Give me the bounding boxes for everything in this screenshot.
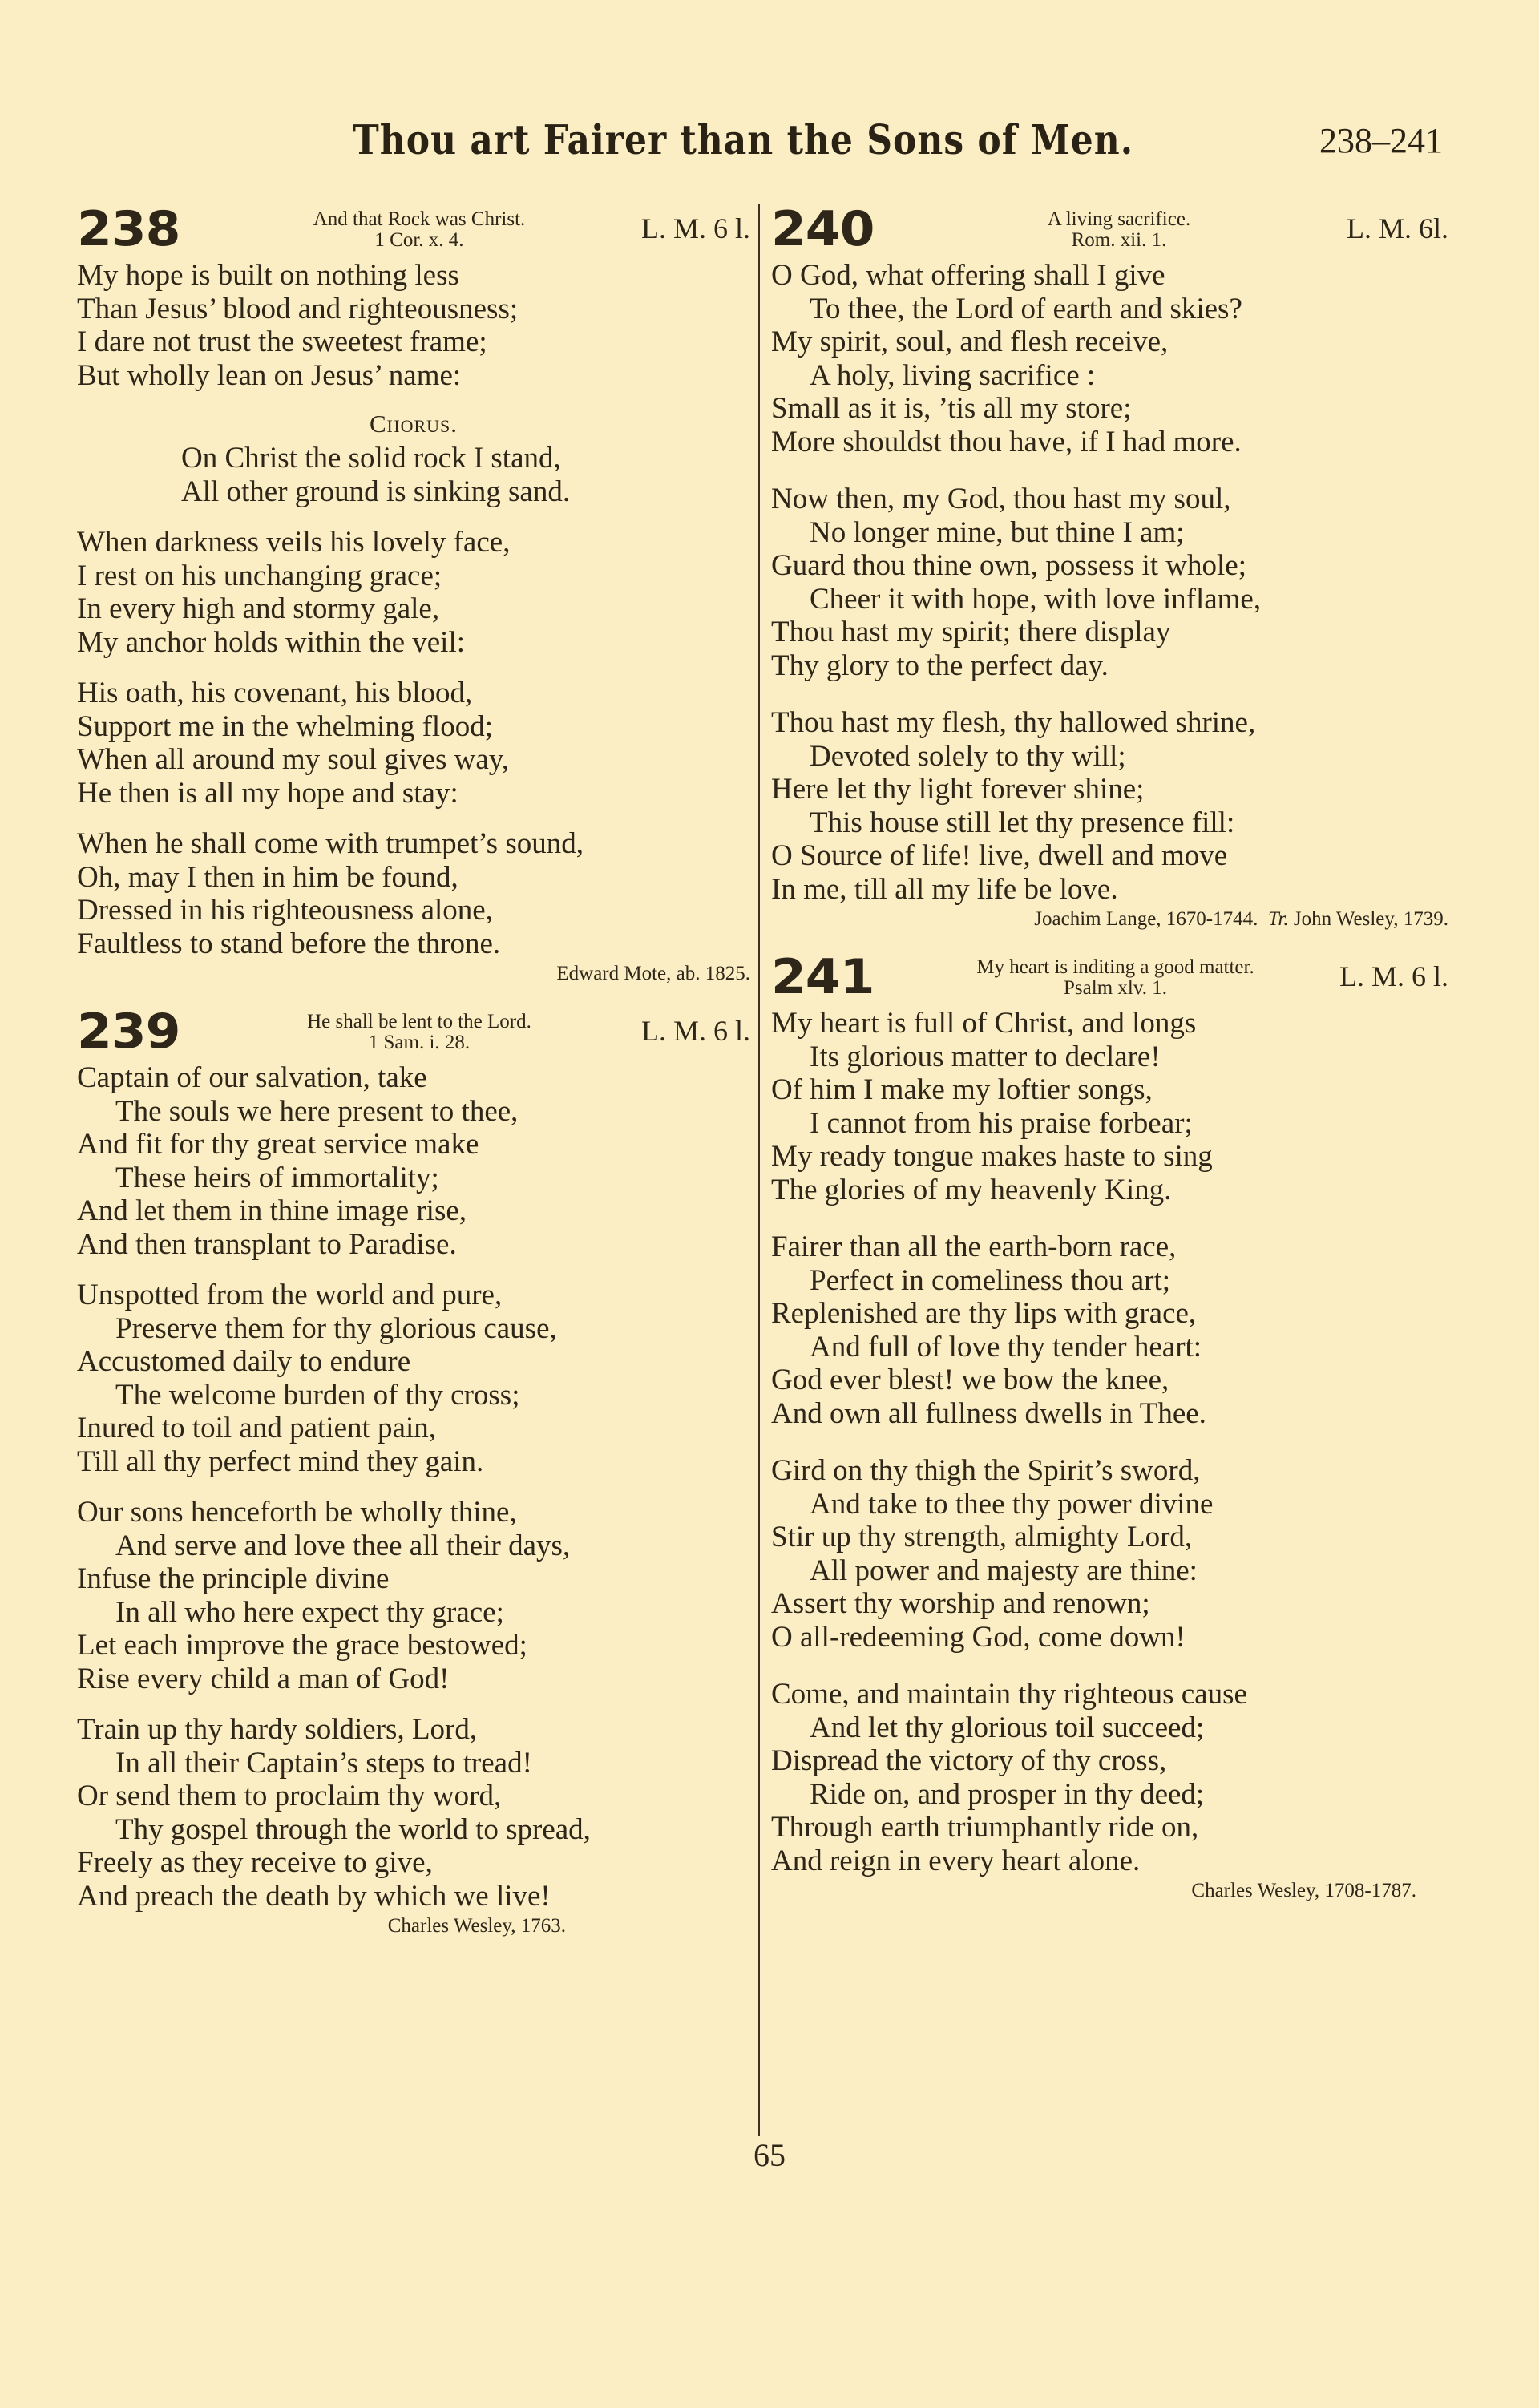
verse-line: Gird on thy thigh the Spirit’s sword, — [771, 1454, 1448, 1488]
verse-line: But wholly lean on Jesus’ name: — [77, 359, 750, 393]
verse-line: Thy gospel through the world to spread, — [77, 1813, 750, 1847]
verse-line: Now then, my God, thou hast my soul, — [771, 483, 1448, 516]
verse-line: Or send them to proclaim thy word, — [77, 1780, 750, 1813]
verse-line: I dare not trust the sweetest frame; — [77, 325, 750, 359]
left-column: 238 And that Rock was Christ. 1 Cor. x. … — [77, 204, 750, 1959]
verse-line: Till all thy perfect mind they gain. — [77, 1445, 750, 1479]
verse-line: I rest on his unchanging grace; — [77, 560, 750, 593]
verse-line: When he shall come with trumpet’s sound, — [77, 827, 750, 861]
verse-line: And let them in thine image rise, — [77, 1194, 750, 1228]
hymn-header: 241 My heart is inditing a good matter. … — [771, 952, 1448, 1002]
theme-text: He shall be lent to the Lord. — [307, 1011, 531, 1032]
verse-line: Accustomed daily to endure — [77, 1345, 750, 1379]
stanza: Gird on thy thigh the Spirit’s sword, An… — [771, 1454, 1448, 1654]
verse-line: Assert thy worship and renown; — [771, 1587, 1448, 1621]
hymn-theme: And that Rock was Christ. 1 Cor. x. 4. — [197, 204, 641, 251]
hymn-theme: My heart is inditing a good matter. Psal… — [891, 952, 1339, 999]
hymn-meter: L. M. 6 l. — [1339, 952, 1448, 992]
verse-line: These heirs of immortality; — [77, 1162, 750, 1195]
verse-line: In every high and stormy gale, — [77, 592, 750, 626]
verse-line: Oh, may I then in him be found, — [77, 861, 750, 895]
stanza: When darkness veils his lovely face, I r… — [77, 526, 750, 659]
verse-line: Through earth triumphantly ride on, — [771, 1811, 1448, 1844]
stanza: His oath, his covenant, his blood, Suppo… — [77, 677, 750, 810]
verse-line: I cannot from his praise forbear; — [771, 1107, 1448, 1141]
verse-line: He then is all my hope and stay: — [77, 777, 750, 810]
hymn-number: 240 — [771, 204, 898, 254]
hymn-number: 241 — [771, 952, 898, 1002]
chorus-line: On Christ the solid rock I stand, — [77, 442, 750, 475]
hymn-239: 239 He shall be lent to the Lord. 1 Sam.… — [77, 1007, 750, 1938]
verse-line: And own all fullness dwells in Thee. — [771, 1397, 1448, 1431]
verse-line: Rise every child a man of God! — [77, 1663, 750, 1696]
verse-line: The glories of my heavenly King. — [771, 1174, 1448, 1207]
verse-line: Let each improve the grace bestowed; — [77, 1629, 750, 1663]
stanza: Thou hast my flesh, thy hallowed shrine,… — [771, 706, 1448, 906]
verse-line: All power and majesty are thine: — [771, 1554, 1448, 1588]
verse-line: Dispread the victory of thy cross, — [771, 1744, 1448, 1778]
verse-line: A holy, living sacrifice : — [771, 359, 1448, 393]
verse-line: In me, till all my life be love. — [771, 873, 1448, 907]
stanza: Train up thy hardy soldiers, Lord, In al… — [77, 1713, 750, 1913]
hymn-241: 241 My heart is inditing a good matter. … — [771, 952, 1448, 1903]
hymn-range: 238–241 — [1319, 120, 1443, 161]
author-name: Joachim Lange, 1670-1744. — [1034, 908, 1258, 930]
verse-line: Replenished are thy lips with grace, — [771, 1297, 1448, 1331]
verse-line: Its glorious matter to declare! — [771, 1040, 1448, 1074]
theme-text: My heart is inditing a good matter. — [976, 956, 1254, 978]
verse-line: O Source of life! live, dwell and move — [771, 839, 1448, 873]
verse-line: Of him I make my loftier songs, — [771, 1073, 1448, 1107]
verse-line: Devoted solely to thy will; — [771, 740, 1448, 774]
verse-line: Fairer than all the earth-born race, — [771, 1230, 1448, 1264]
verse-line: No longer mine, but thine I am; — [771, 516, 1448, 550]
verse-line: When darkness veils his lovely face, — [77, 526, 750, 560]
running-head: Thou art Fairer than the Sons of Men. 23… — [353, 120, 1443, 184]
verse-line: This house still let thy presence fill: — [771, 806, 1448, 840]
verse-line: And take to thee thy power divine — [771, 1488, 1448, 1521]
verse-line: To thee, the Lord of earth and skies? — [771, 293, 1448, 326]
hymn-theme: A living sacrifice. Rom. xii. 1. — [891, 204, 1347, 251]
scripture-reference: Psalm xlv. 1. — [891, 978, 1339, 999]
chorus: Chorus. On Christ the solid rock I stand… — [77, 410, 750, 508]
verse-line: In all their Captain’s steps to tread! — [77, 1747, 750, 1780]
verse-line: Here let thy light forever shine; — [771, 773, 1448, 806]
stanza: Come, and maintain thy righteous cause A… — [771, 1678, 1448, 1877]
verse-line: My ready tongue makes haste to sing — [771, 1140, 1448, 1174]
verse-line: Perfect in comeliness thou art; — [771, 1264, 1448, 1298]
stanza: When he shall come with trumpet’s sound,… — [77, 827, 750, 960]
translator-name: John Wesley, 1739. — [1294, 908, 1448, 930]
hymnal-page: Thou art Fairer than the Sons of Men. 23… — [0, 0, 1539, 2408]
stanza: Now then, my God, thou hast my soul, No … — [771, 483, 1448, 682]
verse-line: Dressed in his righteousness alone, — [77, 894, 750, 927]
verse-line: Faultless to stand before the throne. — [77, 927, 750, 961]
verse-line: Thy glory to the perfect day. — [771, 649, 1448, 683]
verse-line: O all-redeeming God, come down! — [771, 1621, 1448, 1654]
stanza: O God, what offering shall I give To the… — [771, 259, 1448, 459]
verse-line: Small as it is, ’tis all my store; — [771, 392, 1448, 426]
verse-line: His oath, his covenant, his blood, — [77, 677, 750, 710]
stanza: Unspotted from the world and pure, Prese… — [77, 1279, 750, 1478]
verse-line: Thou hast my spirit; there display — [771, 616, 1448, 649]
verse-line: Infuse the principle divine — [77, 1562, 750, 1596]
verse-line: Thou hast my flesh, thy hallowed shrine, — [771, 706, 1448, 740]
verse-line: Support me in the whelming flood; — [77, 710, 750, 744]
author-credit: Charles Wesley, 1763. — [77, 1914, 750, 1938]
hymn-header: 239 He shall be lent to the Lord. 1 Sam.… — [77, 1007, 750, 1057]
translator-label: Tr. — [1268, 908, 1289, 930]
chorus-line: All other ground is sinking sand. — [77, 475, 750, 509]
verse-line: Inured to toil and patient pain, — [77, 1412, 750, 1445]
verse-line: And then transplant to Paradise. — [77, 1228, 750, 1262]
running-title: Thou art Fairer than the Sons of Men. — [353, 117, 1133, 164]
scripture-reference: Rom. xii. 1. — [891, 230, 1347, 251]
chorus-label: Chorus. — [77, 410, 750, 438]
hymn-meter: L. M. 6 l. — [641, 1007, 750, 1047]
hymn-meter: L. M. 6 l. — [641, 204, 750, 244]
author-credit: Edward Mote, ab. 1825. — [77, 962, 750, 986]
author-credit: Joachim Lange, 1670-1744. Tr. John Wesle… — [771, 907, 1448, 931]
hymn-number: 238 — [77, 204, 204, 254]
verse-line: Than Jesus’ blood and righteousness; — [77, 293, 750, 326]
verse-line: The souls we here present to thee, — [77, 1095, 750, 1129]
stanza: Fairer than all the earth-born race, Per… — [771, 1230, 1448, 1430]
hymn-header: 238 And that Rock was Christ. 1 Cor. x. … — [77, 204, 750, 254]
verse-line: My hope is built on nothing less — [77, 259, 750, 293]
verse-line: Cheer it with hope, with love inflame, — [771, 583, 1448, 616]
verse-line: Guard thou thine own, possess it whole; — [771, 549, 1448, 583]
hymn-meter: L. M. 6l. — [1347, 204, 1448, 244]
verse-line: Freely as they receive to give, — [77, 1846, 750, 1880]
verse-line: And fit for thy great service make — [77, 1128, 750, 1162]
verse-line: More shouldst thou have, if I had more. — [771, 426, 1448, 459]
verse-line: In all who here expect thy grace; — [77, 1596, 750, 1630]
verse-line: And full of love thy tender heart: — [771, 1331, 1448, 1364]
verse-line: Our sons henceforth be wholly thine, — [77, 1496, 750, 1529]
verse-line: Come, and maintain thy righteous cause — [771, 1678, 1448, 1711]
verse-line: My heart is full of Christ, and longs — [771, 1007, 1448, 1040]
hymn-238: 238 And that Rock was Christ. 1 Cor. x. … — [77, 204, 750, 986]
stanza: Our sons henceforth be wholly thine, And… — [77, 1496, 750, 1695]
right-column: 240 A living sacrifice. Rom. xii. 1. L. … — [771, 204, 1448, 1924]
verse-line: And reign in every heart alone. — [771, 1844, 1448, 1878]
hymn-240: 240 A living sacrifice. Rom. xii. 1. L. … — [771, 204, 1448, 931]
verse-line: Ride on, and prosper in thy deed; — [771, 1778, 1448, 1812]
verse-line: And let thy glorious toil succeed; — [771, 1711, 1448, 1745]
author-credit: Charles Wesley, 1708-1787. — [771, 1879, 1448, 1903]
stanza: My hope is built on nothing less Than Je… — [77, 259, 750, 392]
stanza: Captain of our salvation, take The souls… — [77, 1061, 750, 1261]
scripture-reference: 1 Sam. i. 28. — [197, 1032, 641, 1053]
verse-line: My spirit, soul, and flesh receive, — [771, 325, 1448, 359]
verse-line: My anchor holds within the veil: — [77, 626, 750, 660]
hymn-number: 239 — [77, 1007, 204, 1057]
verse-line: God ever blest! we bow the knee, — [771, 1364, 1448, 1397]
verse-line: Train up thy hardy soldiers, Lord, — [77, 1713, 750, 1747]
scripture-reference: 1 Cor. x. 4. — [197, 230, 641, 251]
hymn-theme: He shall be lent to the Lord. 1 Sam. i. … — [197, 1007, 641, 1053]
verse-line: And preach the death by which we live! — [77, 1880, 750, 1913]
theme-text: And that Rock was Christ. — [313, 208, 526, 230]
verse-line: When all around my soul gives way, — [77, 743, 750, 777]
verse-line: Captain of our salvation, take — [77, 1061, 750, 1095]
verse-line: Preserve them for thy glorious cause, — [77, 1312, 750, 1346]
verse-line: The welcome burden of thy cross; — [77, 1379, 750, 1412]
verse-line: Unspotted from the world and pure, — [77, 1279, 750, 1312]
verse-line: O God, what offering shall I give — [771, 259, 1448, 293]
hymn-header: 240 A living sacrifice. Rom. xii. 1. L. … — [771, 204, 1448, 254]
page-number: 65 — [0, 2136, 1539, 2174]
theme-text: A living sacrifice. — [1048, 208, 1190, 230]
verse-line: Stir up thy strength, almighty Lord, — [771, 1521, 1448, 1554]
stanza: My heart is full of Christ, and longs It… — [771, 1007, 1448, 1206]
verse-line: And serve and love thee all their days, — [77, 1529, 750, 1563]
column-divider — [758, 204, 760, 2136]
